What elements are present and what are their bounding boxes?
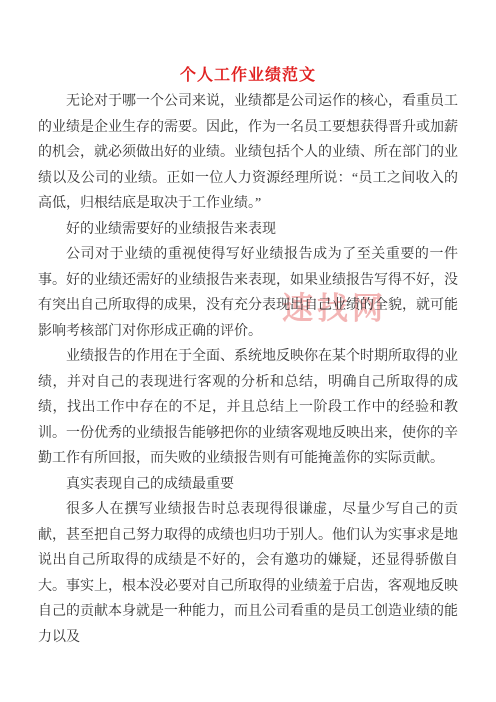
paragraph: 无论对于哪一个公司来说，业绩都是公司运作的核心，看重员工的业绩是企业生存的需要。… <box>38 89 458 217</box>
document-body: 无论对于哪一个公司来说，业绩都是公司运作的核心，看重员工的业绩是企业生存的需要。… <box>38 89 458 650</box>
paragraph: 公司对于业绩的重视使得写好业绩报告成为了至关重要的一件事。好的业绩还需好的业绩报… <box>38 242 458 344</box>
document-page: 个人工作业绩范文 无论对于哪一个公司来说，业绩都是公司运作的核心，看重员工的业绩… <box>0 0 496 702</box>
document-title: 个人工作业绩范文 <box>0 62 496 85</box>
paragraph: 很多人在撰写业绩报告时总表现得很谦虚，尽量少写自己的贡献，甚至把自己努力取得的成… <box>38 497 458 650</box>
paragraph: 业绩报告的作用在于全面、系统地反映你在某个时期所取得的业绩，并对自己的表现进行客… <box>38 344 458 472</box>
section-heading: 好的业绩需要好的业绩报告来表现 <box>38 217 458 243</box>
section-heading: 真实表现自己的成绩最重要 <box>38 472 458 498</box>
